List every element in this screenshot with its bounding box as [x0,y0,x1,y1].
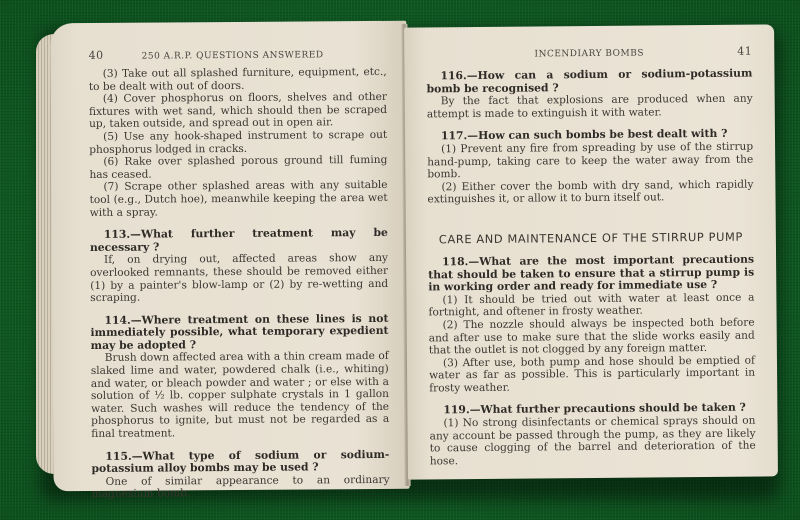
question-heading: 116.—How can a sodium or sodium-potassiu… [426,68,752,96]
answer-paragraph: If, on drying out, affected areas show a… [90,252,388,304]
answer-paragraph: (3) After use, both pump and hose should… [429,354,755,395]
page-number: 40 [89,49,104,62]
section-heading: CARE AND MAINTENANCE OF THE STIRRUP PUMP [428,230,754,247]
answer-paragraph: By the fact that explosions are produced… [427,93,753,121]
running-head-title: 250 A.R.P. QUESTIONS ANSWERED [104,50,387,62]
answer-paragraph: (3) Take out all splashed furniture, equ… [89,66,387,93]
answer-paragraph: One of similar appearance to an ordinary… [92,474,390,501]
right-page-content: 116.—How can a sodium or sodium-potassiu… [426,68,755,468]
question-heading: 118.—What are the most important precaut… [428,254,754,295]
answer-paragraph: (7) Scrape other splashed areas with any… [89,179,387,219]
answer-paragraph: (1) It should be tried out with water at… [428,291,754,319]
answer-paragraph: Brush down affected area with a thin cre… [91,350,390,440]
answer-paragraph: (6) Rake over splashed porous ground til… [89,154,387,181]
answer-paragraph: (1) No strong disinfectants or chemical … [429,415,755,468]
running-head-title: INCENDIARY BOMBS [441,48,737,61]
question-heading: 114.—Where treatment on these lines is n… [90,313,388,353]
question-heading: 113.—What further treatment may be neces… [90,227,388,254]
answer-paragraph: (1) Prevent any fire from spreading by u… [427,141,753,182]
right-running-head: 00 INCENDIARY BOMBS 41 [426,45,752,61]
answer-paragraph: (4) Cover phosphorus on floors, shelves … [89,91,387,131]
open-booklet: 40 250 A.R.P. QUESTIONS ANSWERED (3) Tak… [0,0,800,520]
left-running-head: 40 250 A.R.P. QUESTIONS ANSWERED [89,47,387,62]
right-page: 00 INCENDIARY BOMBS 41 116.—How can a so… [404,24,778,479]
left-page-content: (3) Take out all splashed furniture, equ… [89,66,390,501]
page-number: 41 [737,45,752,58]
question-heading: 115.—What type of sodium or sodium-potas… [91,449,389,476]
left-page: 40 250 A.R.P. QUESTIONS ANSWERED (3) Tak… [50,21,409,491]
answer-paragraph: (2) The nozzle should always be inspecte… [429,316,755,357]
answer-paragraph: (5) Use any hook-shaped instrument to sc… [89,129,387,156]
answer-paragraph: (2) Either cover the bomb with dry sand,… [427,178,753,206]
